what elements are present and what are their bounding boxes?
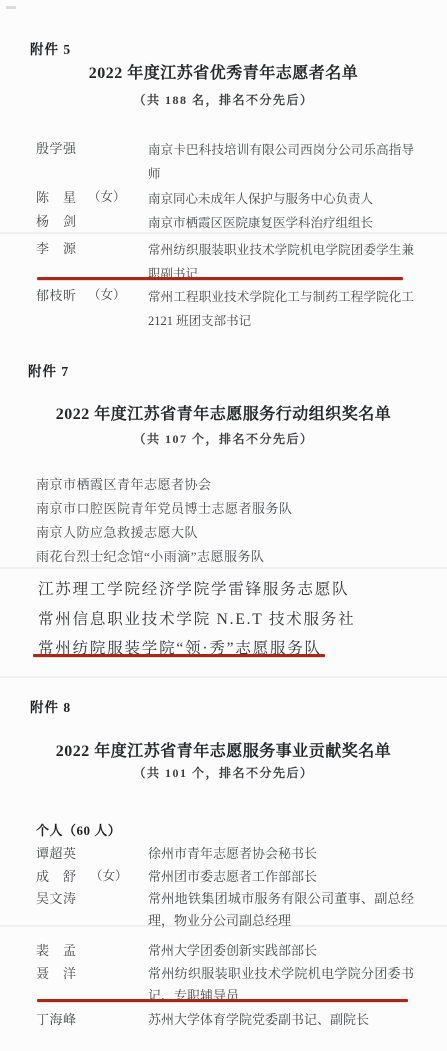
entry-description: 常州团市委志愿者工作部部长 [148, 866, 414, 888]
entry-name: 殷学强 [36, 138, 77, 157]
stitch-seam [0, 925, 447, 927]
section-8-subtitle: （共 101 个，排名不分先后） [0, 764, 447, 781]
org-list-item-large: 常州信息职业技术学院 N.E.T 技术服务社 [38, 607, 355, 629]
stitch-seam [0, 232, 447, 234]
entry-gender: （女） [88, 187, 126, 205]
entry-name: 丁海峰 [36, 1009, 77, 1028]
red-underline [37, 999, 408, 1002]
org-list-item: 南京市口腔医院青年党员博士志愿者服务队 [36, 498, 293, 517]
entry-name: 郁枝昕 [36, 285, 77, 304]
org-list-item: 雨花台烈士纪念馆“小雨滴”志愿服务队 [36, 546, 265, 565]
group-label-individuals: 个人（60 人） [36, 820, 121, 839]
entry-name: 聂 洋 [36, 963, 77, 982]
scan-artifact [6, 6, 16, 9]
entry-name: 成 舒 [36, 866, 77, 885]
entry-description: 常州工程职业技术学院化工与制药工程学院化工 2121 班团支部书记 [148, 285, 414, 333]
entry-name: 李 源 [36, 238, 77, 257]
org-list-item: 南京人防应急救援志愿大队 [36, 522, 198, 541]
entry-description: 南京卡巴科技培训有限公司西岗分公司乐高指导师 [148, 138, 414, 186]
attachment-8-label: 附件 8 [30, 696, 71, 716]
entry-description: 南京同心未成年人保护与服务中心负责人 [148, 187, 414, 211]
entry-description: 苏州大学体育学院党委副书记、副院长 [148, 1009, 414, 1031]
entry-name: 吴文涛 [36, 888, 77, 907]
entry-name: 陈 星 [36, 187, 77, 206]
entry-gender: （女） [90, 866, 128, 884]
section-5-subtitle: （共 188 名，排名不分先后） [0, 91, 447, 108]
red-underline [33, 654, 325, 657]
stitch-seam [0, 676, 447, 678]
stitch-seam [0, 567, 447, 569]
document-page: 附件 5 2022 年度江苏省优秀青年志愿者名单 （共 188 名，排名不分先后… [0, 0, 447, 1051]
org-list-item: 南京市栖霞区青年志愿者协会 [36, 474, 212, 493]
section-5-title: 2022 年度江苏省优秀青年志愿者名单 [0, 60, 447, 83]
entry-description: 常州大学团委创新实践部部长 [148, 940, 414, 962]
entry-gender: （女） [88, 285, 126, 303]
org-list-item-large: 江苏理工学院经济学院学雷锋服务志愿队 [38, 577, 349, 599]
section-7-title: 2022 年度江苏省青年志愿服务行动组织奖名单 [0, 401, 447, 424]
section-7-subtitle: （共 107 个，排名不分先后） [0, 430, 447, 447]
attachment-5-label: 附件 5 [30, 38, 71, 58]
entry-name: 谭超英 [36, 843, 77, 862]
entry-name: 裴 孟 [36, 940, 77, 959]
entry-name: 杨 剑 [36, 211, 77, 230]
attachment-7-label: 附件 7 [28, 360, 69, 380]
section-8-title: 2022 年度江苏省青年志愿服务事业贡献奖名单 [0, 738, 447, 761]
red-underline [37, 277, 403, 280]
entry-description: 徐州市青年志愿者协会秘书长 [148, 843, 414, 865]
